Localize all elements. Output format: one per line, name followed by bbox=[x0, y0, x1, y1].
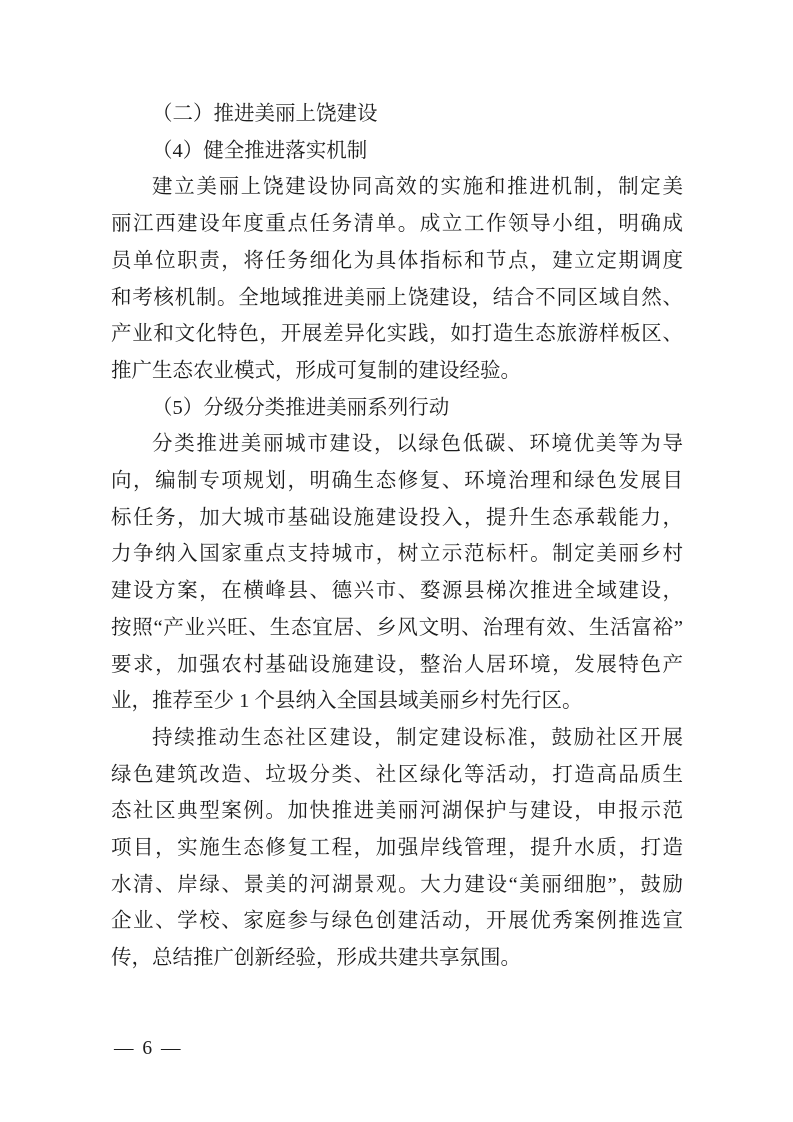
page-footer: — 6 — bbox=[114, 1036, 183, 1062]
text-line: 分类推进美丽城市建设，以绿色低碳、环境优美等为导 bbox=[111, 426, 683, 463]
text-line: 持续推动生态社区建设，制定建设标准，鼓励社区开展 bbox=[111, 720, 683, 757]
section-heading: （二）推进美丽上饶建设 bbox=[111, 96, 683, 133]
text-line: 产业和文化特色，开展差异化实践，如打造生态旅游样板区、 bbox=[111, 316, 683, 353]
section-heading: （5）分级分类推进美丽系列行动 bbox=[111, 390, 683, 427]
section-heading: （4）健全推进落实机制 bbox=[111, 133, 683, 170]
text-line: 按照“产业兴旺、生态宜居、乡风文明、治理有效、生活富裕” bbox=[111, 610, 683, 647]
paragraph: 分类推进美丽城市建设，以绿色低碳、环境优美等为导向，编制专项规划，明确生态修复、… bbox=[111, 426, 683, 720]
text-line: 态社区典型案例。加快推进美丽河湖保护与建设，申报示范 bbox=[111, 793, 683, 830]
text-line: 绿色建筑改造、垃圾分类、社区绿化等活动，打造高品质生 bbox=[111, 757, 683, 794]
paragraph: 持续推动生态社区建设，制定建设标准，鼓励社区开展绿色建筑改造、垃圾分类、社区绿化… bbox=[111, 720, 683, 977]
page-number: — 6 — bbox=[114, 1038, 183, 1059]
text-line: 企业、学校、家庭参与绿色创建活动，开展优秀案例推选宣 bbox=[111, 903, 683, 940]
text-line: 水清、岸绿、景美的河湖景观。大力建设“美丽细胞”，鼓励 bbox=[111, 867, 683, 904]
text-line: 丽江西建设年度重点任务清单。成立工作领导小组，明确成 bbox=[111, 206, 683, 243]
text-line: 力争纳入国家重点支持城市，树立示范标杆。制定美丽乡村 bbox=[111, 536, 683, 573]
text-line: 项目，实施生态修复工程，加强岸线管理，提升水质，打造 bbox=[111, 830, 683, 867]
text-line: 和考核机制。全地域推进美丽上饶建设，结合不同区域自然、 bbox=[111, 280, 683, 317]
text-line: 建设方案，在横峰县、德兴市、婺源县梯次推进全域建设， bbox=[111, 573, 683, 610]
text-line: 传，总结推广创新经验，形成共建共享氛围。 bbox=[111, 940, 683, 977]
text-line: 建立美丽上饶建设协同高效的实施和推进机制，制定美 bbox=[111, 169, 683, 206]
paragraph: 建立美丽上饶建设协同高效的实施和推进机制，制定美丽江西建设年度重点任务清单。成立… bbox=[111, 169, 683, 389]
text-line: 要求，加强农村基础设施建设，整治人居环境，发展特色产 bbox=[111, 647, 683, 684]
document-page: （二）推进美丽上饶建设（4）健全推进落实机制建立美丽上饶建设协同高效的实施和推进… bbox=[0, 0, 793, 1122]
text-line: 员单位职责，将任务细化为具体指标和节点，建立定期调度 bbox=[111, 243, 683, 280]
text-line: 向，编制专项规划，明确生态修复、环境治理和绿色发展目 bbox=[111, 463, 683, 500]
text-line: 推广生态农业模式，形成可复制的建设经验。 bbox=[111, 353, 683, 390]
text-line: 标任务，加大城市基础设施建设投入，提升生态承载能力， bbox=[111, 500, 683, 537]
document-body: （二）推进美丽上饶建设（4）健全推进落实机制建立美丽上饶建设协同高效的实施和推进… bbox=[111, 96, 683, 977]
text-line: 业，推荐至少 1 个县纳入全国县域美丽乡村先行区。 bbox=[111, 683, 683, 720]
